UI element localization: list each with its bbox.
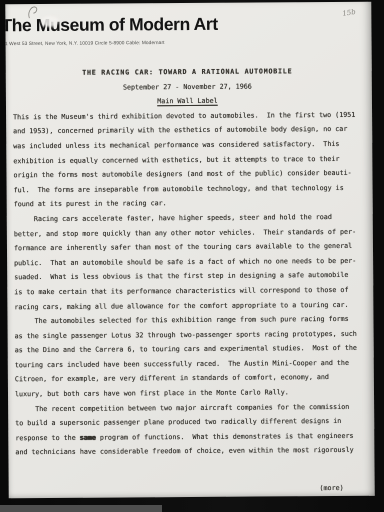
document-page: The Museum of Modern Art 11 West 53 Stre…	[5, 2, 374, 499]
handwritten-page-number: 15b	[341, 8, 355, 18]
letterhead-address: 11 West 53 Street, New York, N.Y. 10019 …	[5, 40, 164, 46]
continuation-note: (more)	[16, 481, 365, 498]
scan-damage-blotch	[41, 16, 58, 27]
scan-background: The Museum of Modern Art 11 West 53 Stre…	[0, 0, 384, 512]
document-line: and technicians have considerable freedo…	[15, 443, 364, 460]
document-body: This is the Museum's third exhibition de…	[13, 108, 364, 461]
document-line: ful. The forms are inseparable from auto…	[14, 181, 363, 198]
letterhead-title: The Museum of Modern Art	[5, 14, 217, 37]
typed-content: THE RACING CAR: TOWARD A RATIONAL AUTOMO…	[13, 64, 365, 498]
scanner-bed-strip	[0, 505, 162, 512]
document-line: Citroen, for example, are very different…	[15, 370, 364, 387]
